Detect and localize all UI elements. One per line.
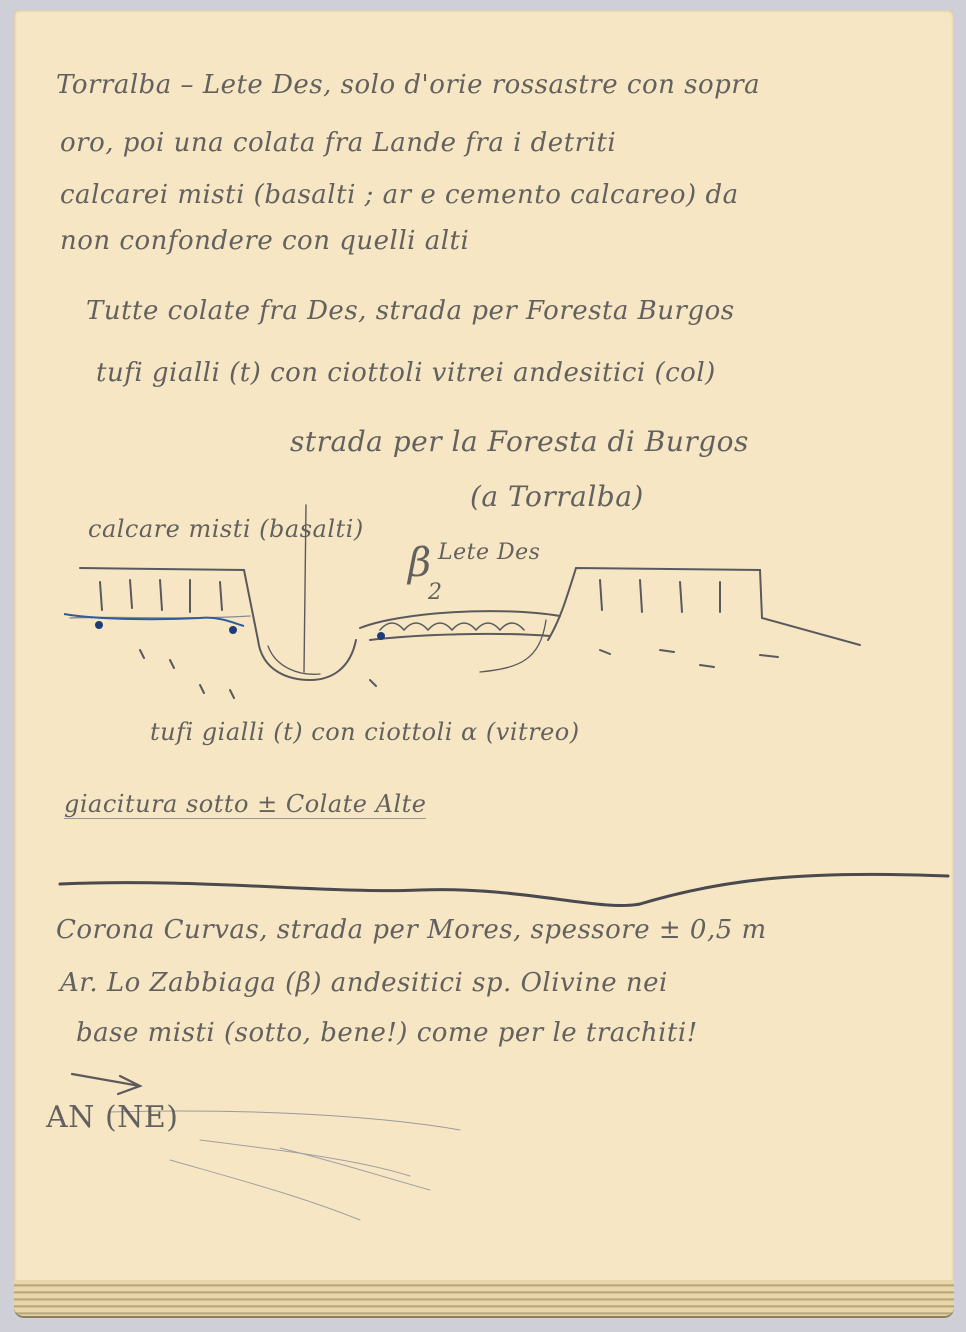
caption-giacitura: giacitura sotto ± Colate Alte — [64, 790, 426, 819]
direction-label: AN (NE) — [46, 1100, 179, 1135]
caption-tufi: tufi gialli (t) con ciottoli α (vitreo) — [150, 718, 580, 746]
note-line: base misti (sotto, bene!) come per le tr… — [76, 1018, 698, 1048]
note-line: Ar. Lo Zabbiaga (β) andesitici sp. Olivi… — [60, 968, 668, 998]
note-line: Corona Curvas, strada per Mores, spessor… — [56, 915, 767, 945]
